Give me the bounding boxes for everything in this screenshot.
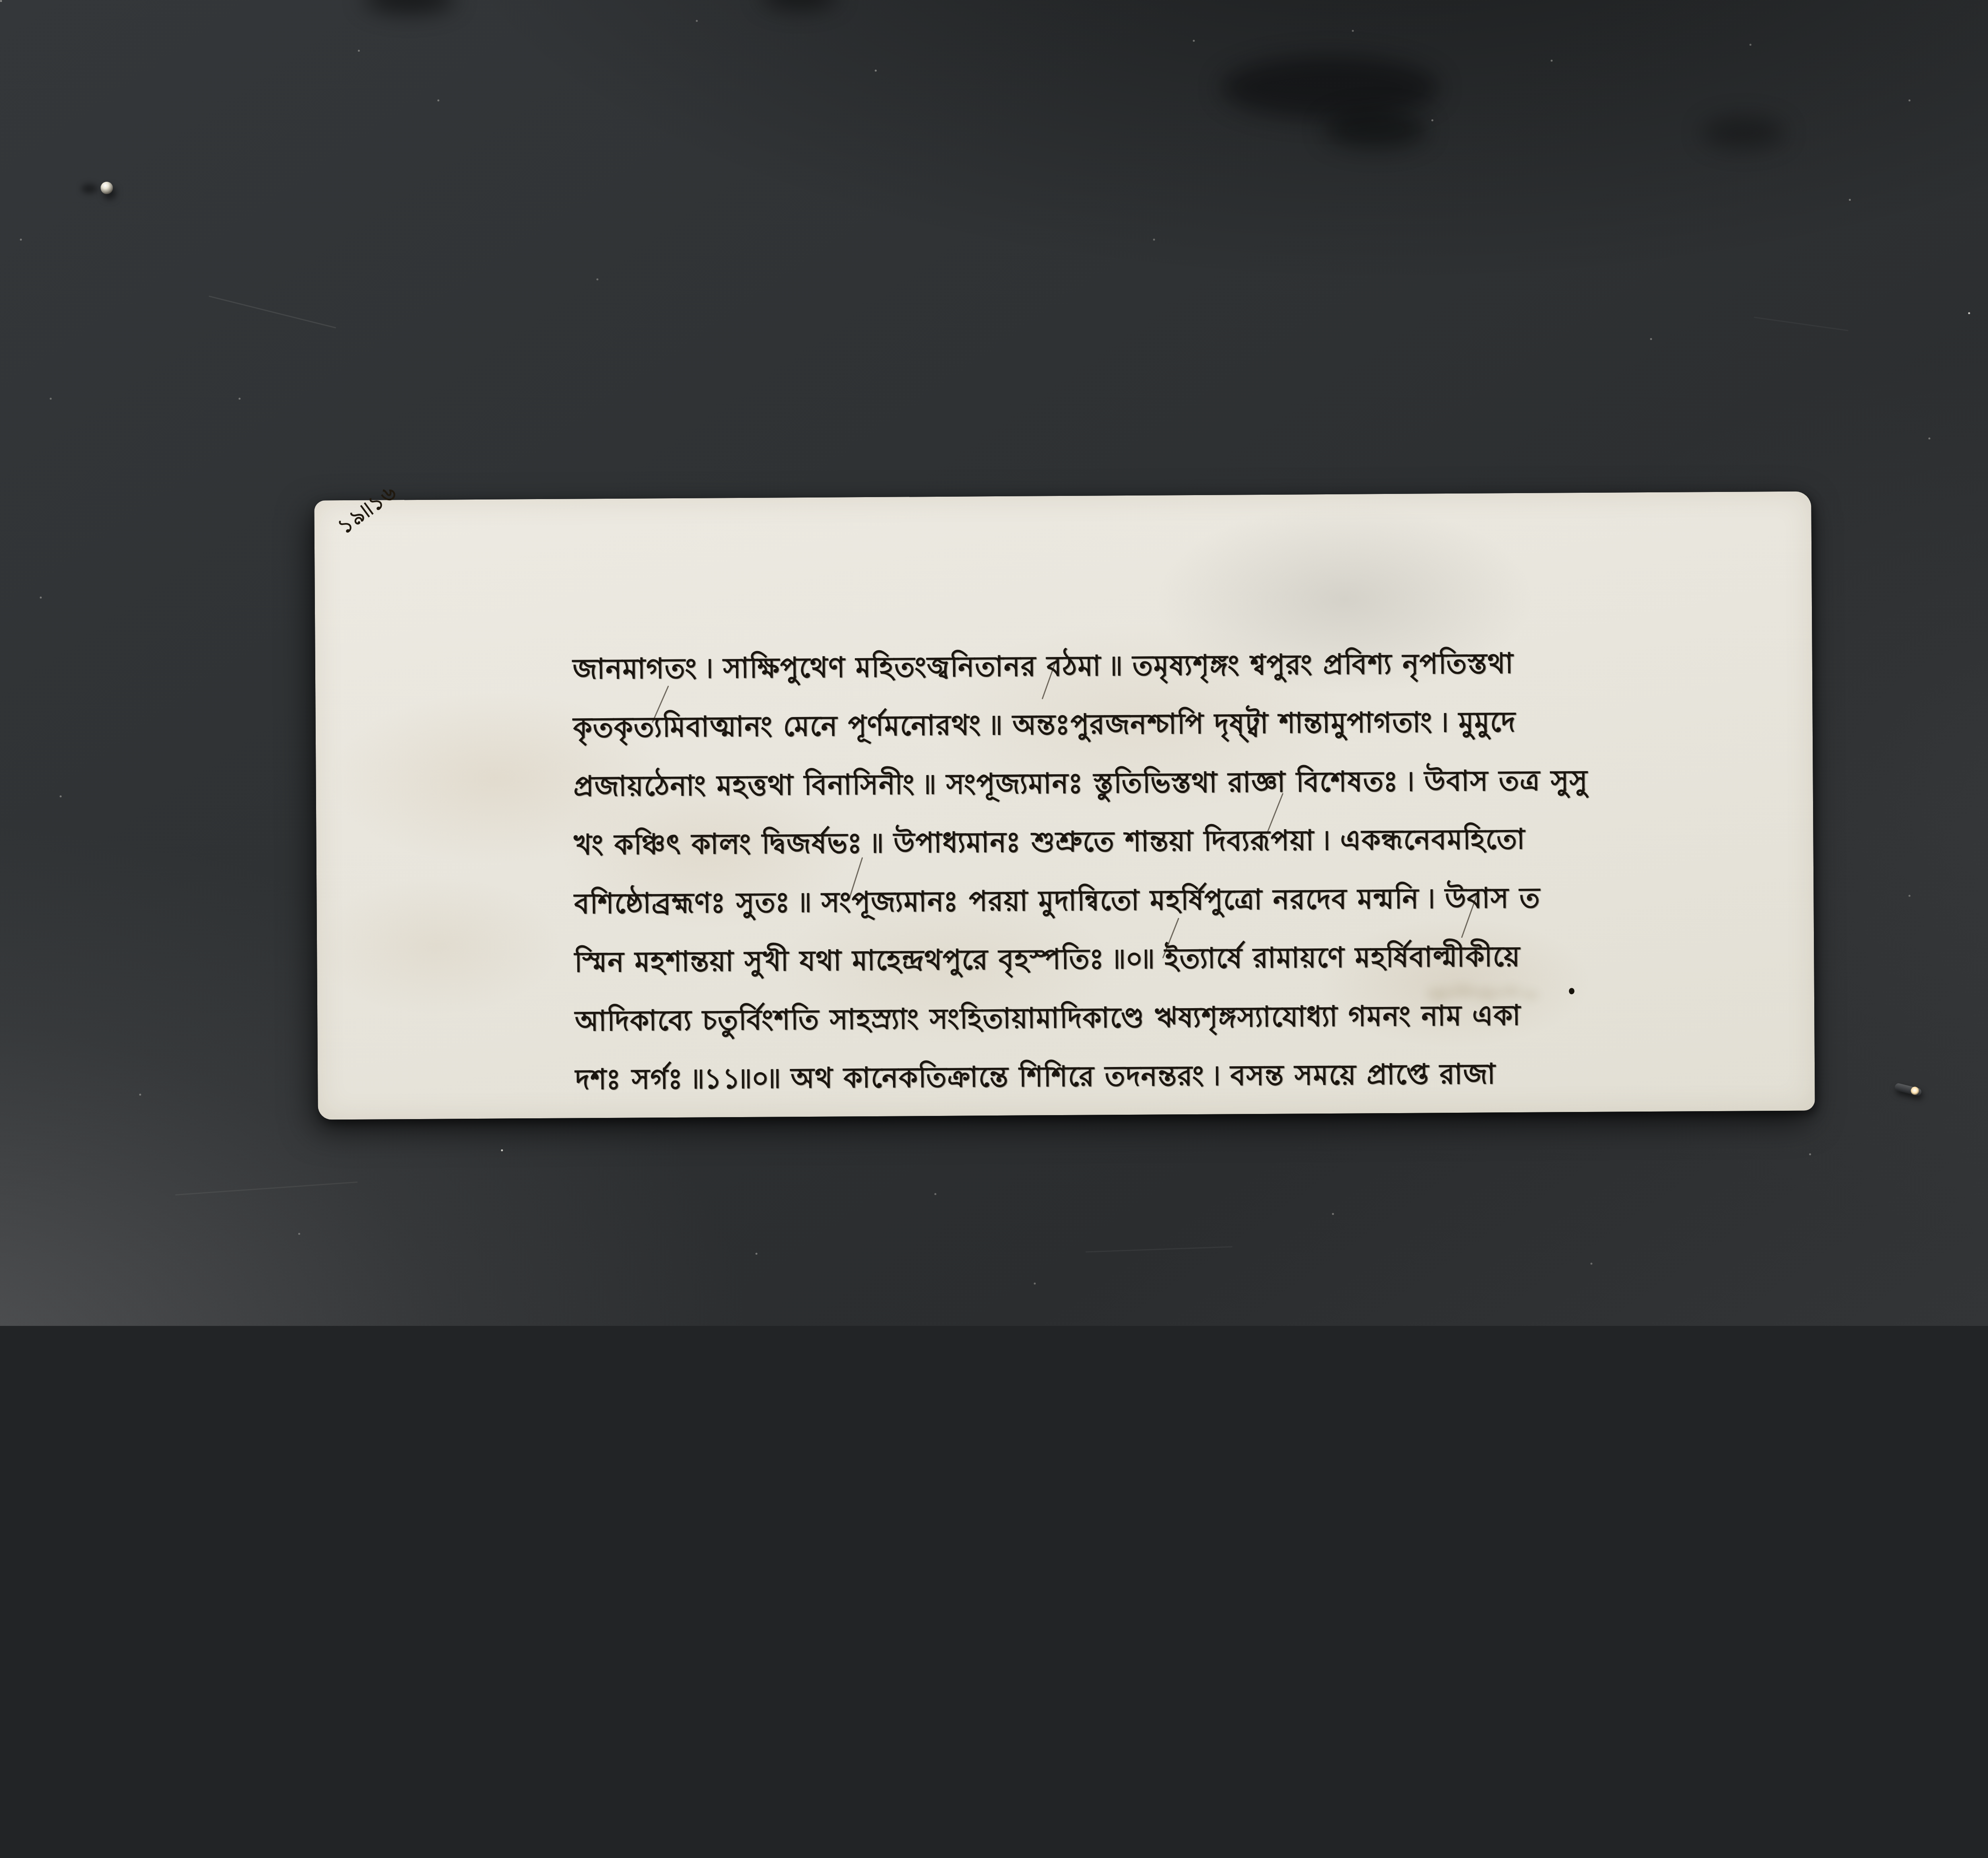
manuscript-page: ১৯৷৷১৬ জানমাগতং ৷ সাক্ষিপুথেণ মহিতংজ্বনি… [314,491,1815,1119]
ink-spot [1569,988,1574,994]
scratch-mark [1754,317,1848,331]
manuscript-line-3: প্রজায়ঠেনাং মহত্তথা বিনাসিনীং ৷৷ সংপূজ্… [573,750,1592,817]
ink-offset-ghost [1425,970,1545,1014]
manuscript-line-4: খং কঞ্চিৎ কালং দ্বিজর্ষভঃ ৷৷ উপাধ্যমানঃ … [574,809,1592,876]
manuscript-line-2: কৃতকৃত্যমিবাত্মানং মেনে পূর্ণমনোরথং ৷৷ অ… [573,691,1591,758]
stain-top-edge-mid [761,0,837,9]
manuscript-line-5: বশিষ্ঠোব্রহ্মণঃ সুতঃ ৷৷ সংপূজ্যমানঃ পরয়… [574,867,1592,935]
dust-specks [0,0,2,2]
manuscript-line-1: জানমাগতং ৷ সাক্ষিপুথেণ মহিতংজ্বনিতানর বঠ… [573,633,1591,700]
folio-number-annotation: ১৯৷৷১৬ [331,476,406,544]
manuscript-text-block: জানমাগতং ৷ সাক্ষিপুথেণ মহিতংজ্বনিতানর বঠ… [573,634,1593,1110]
manuscript-line-8: দশঃ সর্গঃ ৷৷১১৷৷০৷৷ অথ কানেকতিক্রান্তে শ… [575,1043,1593,1110]
pin-head-left [101,182,113,194]
photo-scene: ১৯৷৷১৬ জানমাগতং ৷ সাক্ষিপুথেণ মহিতংজ্বনি… [0,0,1988,1326]
stain-top-edge-left [364,0,455,13]
pin-right [1894,1083,1922,1096]
stain-smudge-top [1221,56,1439,119]
scratch-mark [209,295,336,328]
stain-smudge-top-small [1324,111,1427,148]
pin-shadow [82,184,97,193]
scratch-mark [1085,1246,1233,1253]
pin-glint [1910,1086,1920,1096]
scratch-mark [175,1182,357,1195]
stain-right-patch [1702,117,1785,148]
